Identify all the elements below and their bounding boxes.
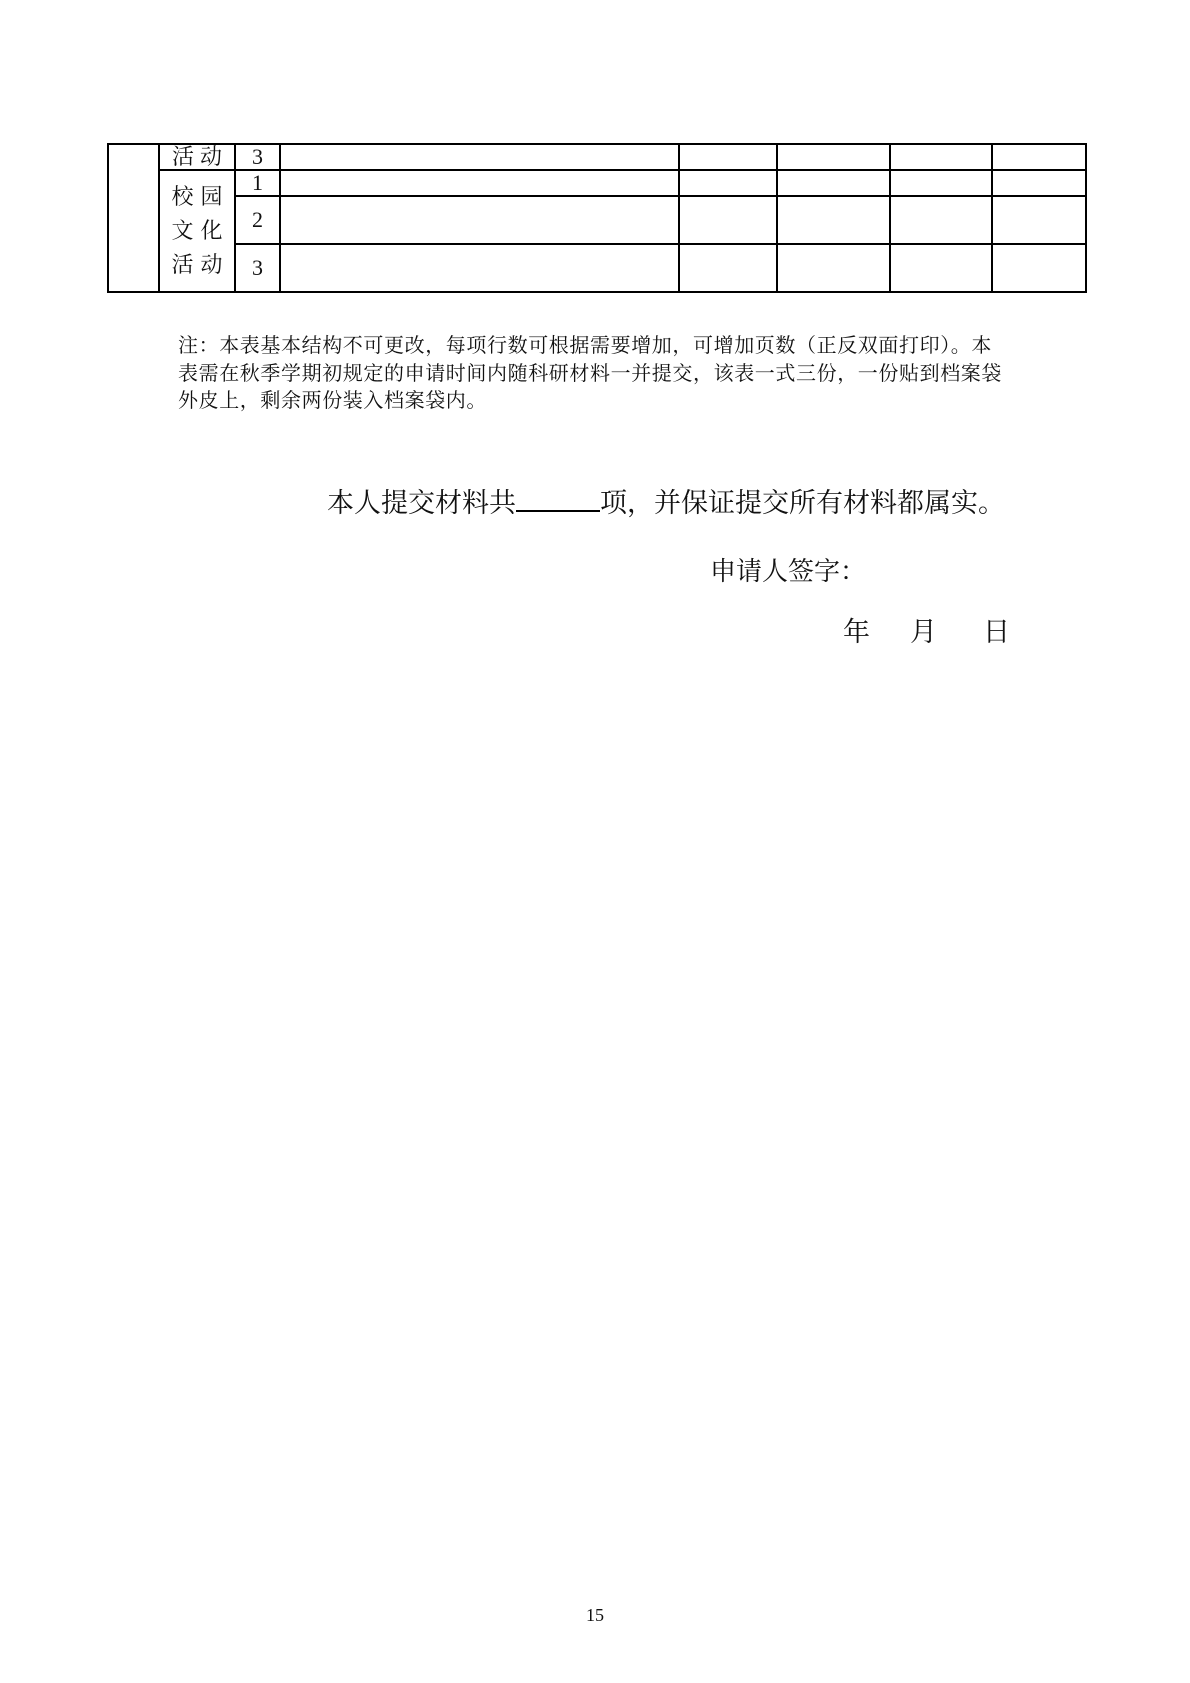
entry-cell bbox=[890, 196, 992, 244]
entry-cell bbox=[890, 244, 992, 292]
entry-cell bbox=[280, 170, 679, 196]
entry-cell bbox=[992, 144, 1086, 170]
entry-cell bbox=[679, 244, 777, 292]
row-number: 1 bbox=[235, 170, 280, 196]
row-number: 3 bbox=[235, 144, 280, 170]
table-note: 注：本表基本结构不可更改，每项行数可根据需要增加，可增加页数（正反双面打印）。本… bbox=[178, 333, 1008, 416]
table-row: 校园 文化 活动 1 bbox=[108, 170, 1086, 196]
statement-prefix: 本人提交材料共 bbox=[327, 488, 516, 518]
note-line: 表需在秋季学期初规定的申请时间内随科研材料一并提交，该表一式三份，一份贴到档案袋 bbox=[178, 361, 1008, 389]
entry-cell bbox=[890, 144, 992, 170]
entry-cell bbox=[777, 144, 890, 170]
table-row: 2 bbox=[108, 196, 1086, 244]
year-label: 年 bbox=[843, 617, 870, 647]
note-line: 注：本表基本结构不可更改，每项行数可根据需要增加，可增加页数（正反双面打印）。本 bbox=[178, 333, 1008, 361]
row-number: 3 bbox=[235, 244, 280, 292]
entry-cell bbox=[679, 170, 777, 196]
entry-cell bbox=[280, 144, 679, 170]
category-merged-cell bbox=[108, 144, 159, 292]
entry-cell bbox=[992, 196, 1086, 244]
entry-cell bbox=[992, 170, 1086, 196]
entry-cell bbox=[679, 144, 777, 170]
declaration-statement: 本人提交材料共项，并保证提交所有材料都属实。 bbox=[327, 483, 1005, 523]
item-count-blank bbox=[516, 483, 600, 512]
entry-cell bbox=[280, 244, 679, 292]
date-line: 年月日 bbox=[843, 610, 1010, 649]
document-page: 活动 3 校园 文化 活动 1 bbox=[0, 0, 1190, 1683]
entry-cell bbox=[280, 196, 679, 244]
entry-cell bbox=[777, 196, 890, 244]
page-number: 15 bbox=[0, 1605, 1190, 1626]
entry-cell bbox=[992, 244, 1086, 292]
entry-cell bbox=[890, 170, 992, 196]
applicant-signature-label: 申请人签字： bbox=[710, 551, 866, 588]
table-row: 3 bbox=[108, 244, 1086, 292]
prev-group-label: 活动 bbox=[159, 144, 235, 170]
month-label: 月 bbox=[910, 617, 937, 647]
campus-culture-label: 校园 文化 活动 bbox=[159, 170, 235, 292]
statement-suffix: 项，并保证提交所有材料都属实。 bbox=[600, 488, 1005, 518]
entry-cell bbox=[777, 244, 890, 292]
day-label: 日 bbox=[983, 617, 1010, 647]
entry-cell bbox=[777, 170, 890, 196]
row-number: 2 bbox=[235, 196, 280, 244]
note-line: 外皮上，剩余两份装入档案袋内。 bbox=[178, 388, 1008, 416]
entry-cell bbox=[679, 196, 777, 244]
table-row: 活动 3 bbox=[108, 144, 1086, 170]
materials-score-table: 活动 3 校园 文化 活动 1 bbox=[107, 143, 1087, 293]
